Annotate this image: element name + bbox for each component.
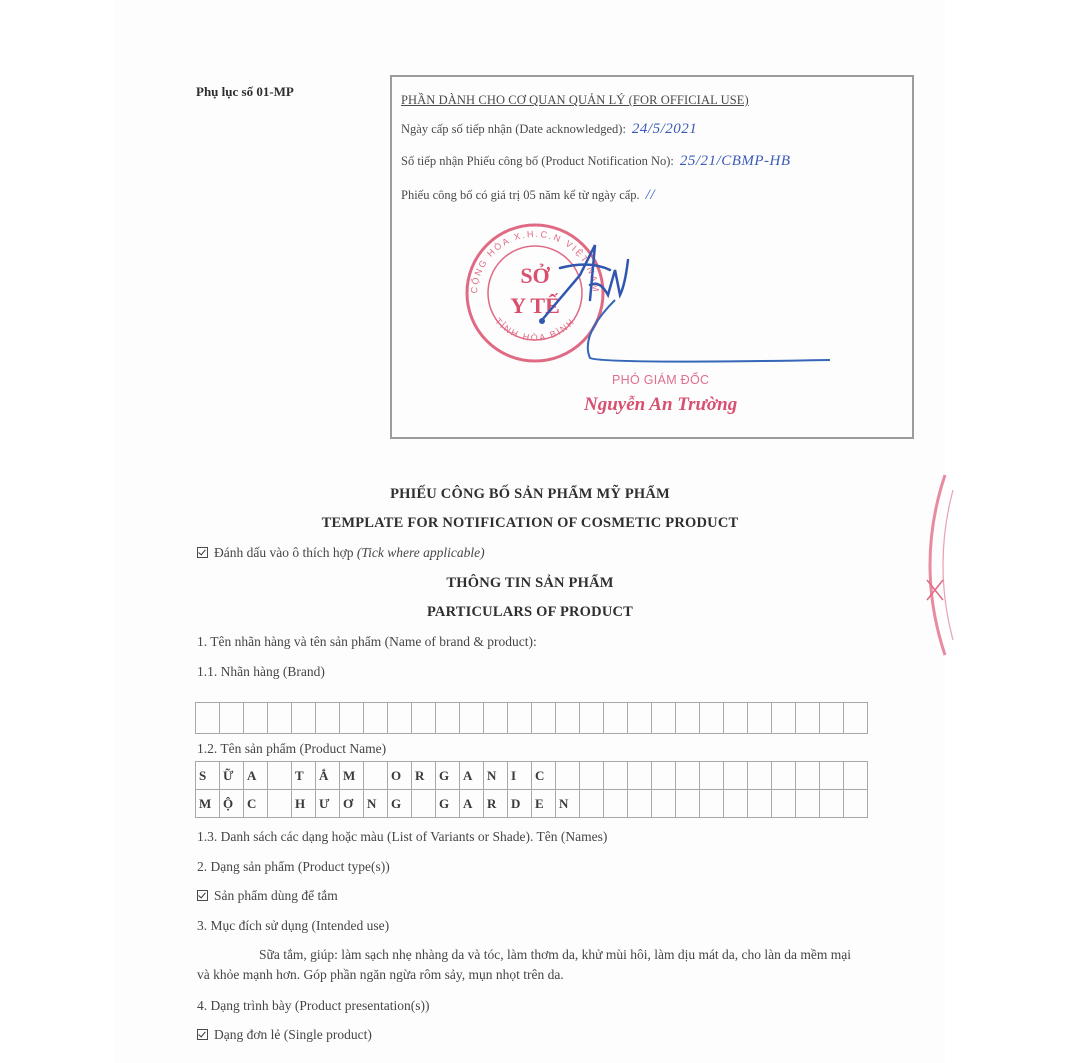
- char-cell[interactable]: [628, 762, 652, 790]
- char-cell[interactable]: Ư: [316, 790, 340, 818]
- char-cell[interactable]: R: [484, 790, 508, 818]
- char-cell[interactable]: M: [196, 790, 220, 818]
- char-cell[interactable]: [772, 762, 796, 790]
- notification-no-value: 25/21/CBMP-HB: [680, 153, 791, 169]
- char-cell[interactable]: A: [460, 762, 484, 790]
- char-cell[interactable]: Ắ: [316, 762, 340, 790]
- field-1-label: 1. Tên nhãn hàng và tên sản phẩm (Name o…: [197, 634, 537, 650]
- char-cell[interactable]: [580, 762, 604, 790]
- char-cell[interactable]: T: [292, 762, 316, 790]
- char-cell[interactable]: [748, 762, 772, 790]
- signer-role: PHÓ GIÁM ĐỐC: [612, 373, 709, 387]
- char-cell[interactable]: G: [436, 762, 460, 790]
- char-cell[interactable]: [508, 703, 532, 734]
- char-cell[interactable]: [388, 703, 412, 734]
- char-cell[interactable]: [724, 790, 748, 818]
- form-title-en: TEMPLATE FOR NOTIFICATION OF COSMETIC PR…: [115, 515, 945, 532]
- char-cell[interactable]: [292, 703, 316, 734]
- section-title-vn: THÔNG TIN SẢN PHẨM: [115, 575, 945, 592]
- date-acknowledged-value: 24/5/2021: [632, 121, 697, 137]
- char-cell[interactable]: [340, 703, 364, 734]
- checkbox-checked-icon[interactable]: [197, 890, 208, 901]
- char-cell[interactable]: [316, 703, 340, 734]
- product-presentation-option[interactable]: Dạng đơn lẻ (Single product): [197, 1027, 372, 1043]
- char-cell[interactable]: G: [436, 790, 460, 818]
- char-cell[interactable]: [268, 762, 292, 790]
- form-title-vn: PHIẾU CÔNG BỐ SẢN PHẨM MỸ PHẨM: [115, 486, 945, 503]
- char-cell[interactable]: [436, 703, 460, 734]
- char-cell[interactable]: [604, 790, 628, 818]
- char-cell[interactable]: [628, 703, 652, 734]
- appendix-label: Phụ lục số 01-MP: [196, 84, 294, 100]
- char-cell[interactable]: [196, 703, 220, 734]
- char-cell[interactable]: [364, 762, 388, 790]
- char-cell[interactable]: [724, 703, 748, 734]
- char-cell[interactable]: R: [412, 762, 436, 790]
- char-cell[interactable]: [628, 790, 652, 818]
- char-cell[interactable]: [700, 703, 724, 734]
- char-cell[interactable]: M: [340, 762, 364, 790]
- brand-char-grid[interactable]: [195, 702, 868, 734]
- char-cell[interactable]: G: [388, 790, 412, 818]
- field-2-label: 2. Dạng sản phẩm (Product type(s)): [197, 859, 390, 875]
- char-cell[interactable]: A: [460, 790, 484, 818]
- char-cell[interactable]: [412, 790, 436, 818]
- char-cell[interactable]: [820, 703, 844, 734]
- char-cell[interactable]: [844, 790, 868, 818]
- char-cell[interactable]: [268, 790, 292, 818]
- validity-label: Phiếu công bố có giá trị 05 năm kể từ ng…: [401, 188, 640, 202]
- char-cell[interactable]: A: [244, 762, 268, 790]
- char-cell[interactable]: O: [388, 762, 412, 790]
- char-cell[interactable]: I: [508, 762, 532, 790]
- char-cell[interactable]: [412, 703, 436, 734]
- char-cell[interactable]: [820, 790, 844, 818]
- char-cell[interactable]: [796, 703, 820, 734]
- char-cell[interactable]: [844, 703, 868, 734]
- char-cell[interactable]: N: [364, 790, 388, 818]
- char-cell[interactable]: [700, 762, 724, 790]
- char-cell[interactable]: [580, 703, 604, 734]
- char-cell[interactable]: N: [484, 762, 508, 790]
- char-cell[interactable]: [748, 790, 772, 818]
- validity-row: Phiếu công bố có giá trị 05 năm kể từ ng…: [401, 187, 655, 204]
- char-cell[interactable]: D: [508, 790, 532, 818]
- notification-no-label: Số tiếp nhận Phiếu công bố (Product Noti…: [401, 154, 674, 168]
- field-4-label: 4. Dạng trình bày (Product presentation(…: [197, 998, 429, 1014]
- tick-note: Đánh dấu vào ô thích hợp (Tick where app…: [197, 545, 485, 561]
- char-cell[interactable]: H: [292, 790, 316, 818]
- char-cell[interactable]: [556, 762, 580, 790]
- char-cell[interactable]: [604, 762, 628, 790]
- validity-mark: //: [646, 187, 655, 203]
- char-cell[interactable]: [796, 762, 820, 790]
- char-cell[interactable]: Ữ: [220, 762, 244, 790]
- char-cell[interactable]: E: [532, 790, 556, 818]
- char-cell[interactable]: [652, 762, 676, 790]
- notification-no-row: Số tiếp nhận Phiếu công bố (Product Noti…: [401, 153, 791, 170]
- signature-icon: [520, 240, 840, 380]
- char-cell[interactable]: [844, 762, 868, 790]
- product-type-option[interactable]: Sản phẩm dùng để tắm: [197, 888, 338, 904]
- date-acknowledged-label: Ngày cấp số tiếp nhận (Date acknowledged…: [401, 122, 626, 136]
- char-cell[interactable]: [676, 703, 700, 734]
- field-1-2-label: 1.2. Tên sản phẩm (Product Name): [197, 741, 386, 757]
- official-use-title: PHẦN DÀNH CHO CƠ QUAN QUẢN LÝ (FOR OFFIC…: [401, 93, 749, 108]
- char-cell[interactable]: [604, 703, 628, 734]
- checkbox-checked-icon[interactable]: [197, 1029, 208, 1040]
- checkbox-checked-icon: [197, 547, 208, 558]
- char-cell[interactable]: [820, 762, 844, 790]
- char-cell[interactable]: [724, 762, 748, 790]
- signer-name: Nguyễn An Trường: [584, 394, 737, 416]
- section-title-en: PARTICULARS OF PRODUCT: [115, 604, 945, 621]
- char-cell[interactable]: [580, 790, 604, 818]
- intended-use-text: Sữa tắm, giúp: làm sạch nhẹ nhàng da và …: [197, 945, 867, 985]
- char-cell[interactable]: C: [244, 790, 268, 818]
- char-cell[interactable]: [484, 703, 508, 734]
- char-cell[interactable]: Ộ: [220, 790, 244, 818]
- char-cell[interactable]: [268, 703, 292, 734]
- char-cell[interactable]: N: [556, 790, 580, 818]
- char-cell[interactable]: [772, 703, 796, 734]
- char-cell[interactable]: [796, 790, 820, 818]
- char-cell[interactable]: [772, 790, 796, 818]
- field-1-1-label: 1.1. Nhãn hàng (Brand): [197, 664, 325, 680]
- field-3-label: 3. Mục đích sử dụng (Intended use): [197, 918, 389, 934]
- char-cell[interactable]: [652, 790, 676, 818]
- char-cell[interactable]: [700, 790, 724, 818]
- date-acknowledged-row: Ngày cấp số tiếp nhận (Date acknowledged…: [401, 121, 697, 138]
- product-name-char-grid[interactable]: SỮATẮMORGANICMỘCHƯƠNGGARDEN: [195, 761, 868, 818]
- char-cell[interactable]: Ơ: [340, 790, 364, 818]
- char-cell[interactable]: [220, 703, 244, 734]
- char-cell[interactable]: [532, 703, 556, 734]
- char-cell[interactable]: [676, 762, 700, 790]
- char-cell[interactable]: [556, 703, 580, 734]
- char-cell[interactable]: C: [532, 762, 556, 790]
- char-cell[interactable]: [364, 703, 388, 734]
- char-cell[interactable]: [244, 703, 268, 734]
- char-cell[interactable]: S: [196, 762, 220, 790]
- char-cell[interactable]: [748, 703, 772, 734]
- field-1-3-label: 1.3. Danh sách các dạng hoặc màu (List o…: [197, 829, 607, 845]
- char-cell[interactable]: [676, 790, 700, 818]
- char-cell[interactable]: [652, 703, 676, 734]
- char-cell[interactable]: [460, 703, 484, 734]
